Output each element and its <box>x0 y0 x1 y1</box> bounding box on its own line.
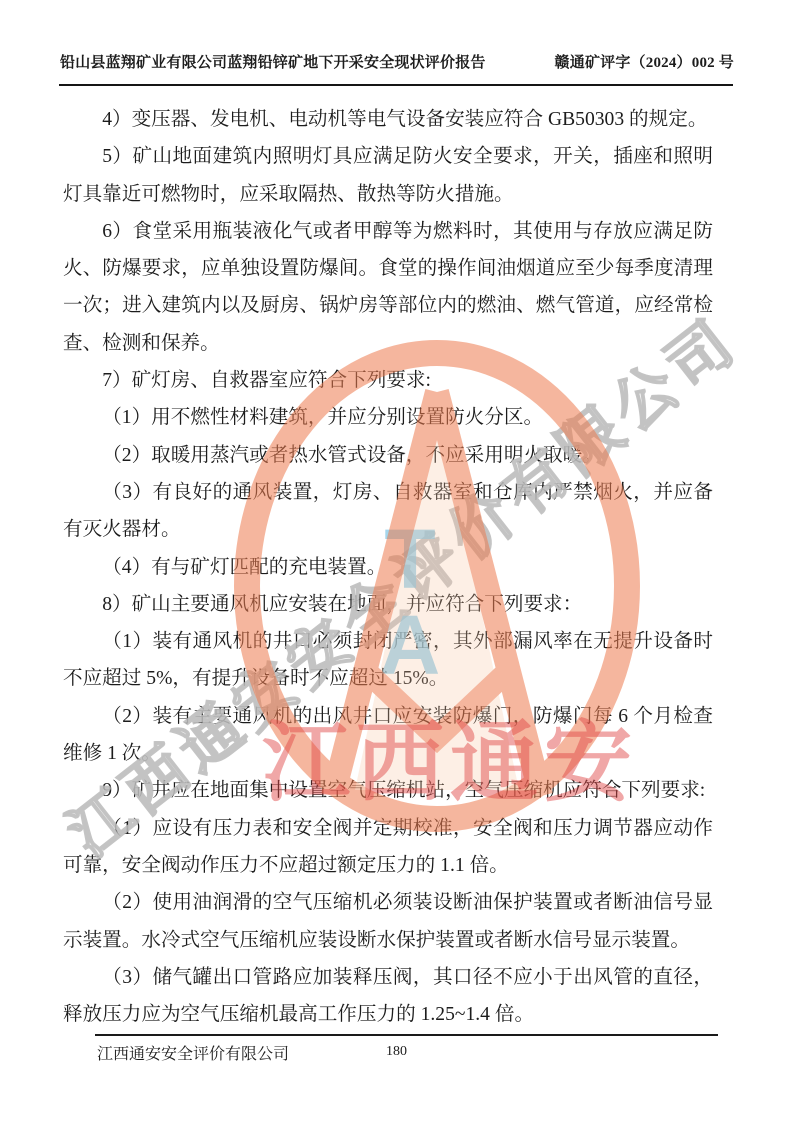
paragraph: （3）储气罐出口管路应加装释压阀，其口径不应小于出风管的直径，释放压力应为空气压… <box>63 959 713 1034</box>
paragraph: （2）装有主要通风机的出风井口应安装防爆门，防爆门每 6 个月检查维修 1 次。 <box>63 698 713 773</box>
paragraph: 5）矿山地面建筑内照明灯具应满足防火安全要求，开关，插座和照明灯具靠近可燃物时，… <box>63 138 713 213</box>
report-page: 铅山县蓝翔矿业有限公司蓝翔铅锌矿地下开采安全现状评价报告 赣通矿评字（2024）… <box>0 0 793 1122</box>
footer-rule <box>95 1034 718 1036</box>
paragraph: 8）矿山主要通风机应安装在地面，并应符合下列要求： <box>63 586 713 623</box>
paragraph: （1）用不燃性材料建筑，并应分别设置防火分区。 <box>63 399 713 436</box>
page-number: 180 <box>0 1044 793 1060</box>
paragraph: （1）装有通风机的井口必须封闭严密，其外部漏风率在无提升设备时不应超过 5%，有… <box>63 623 713 698</box>
paragraph: 9）矿井应在地面集中设置空气压缩机站，空气压缩机应符合下列要求: <box>63 772 713 809</box>
paragraph: 4）变压器、发电机、电动机等电气设备安装应符合 GB50303 的规定。 <box>63 101 713 138</box>
header-doc-number: 赣通矿评字（2024）002 号 <box>555 51 734 72</box>
paragraph: （4）有与矿灯匹配的充电装置。 <box>63 549 713 586</box>
header-rule <box>59 84 733 86</box>
page-header: 铅山县蓝翔矿业有限公司蓝翔铅锌矿地下开采安全现状评价报告 赣通矿评字（2024）… <box>60 51 734 72</box>
paragraph: （2）使用油润滑的空气压缩机必须装设断油保护装置或者断油信号显示装置。水冷式空气… <box>63 884 713 959</box>
paragraph: 7）矿灯房、自救器室应符合下列要求: <box>63 362 713 399</box>
paragraph: （2）取暖用蒸汽或者热水管式设备，不应采用明火取暖。 <box>63 437 713 474</box>
header-report-title: 铅山县蓝翔矿业有限公司蓝翔铅锌矿地下开采安全现状评价报告 <box>60 51 486 72</box>
paragraph: （3）有良好的通风装置，灯房、自救器室和仓库内严禁烟火，并应备有灭火器材。 <box>63 474 713 549</box>
body-paragraphs: 4）变压器、发电机、电动机等电气设备安装应符合 GB50303 的规定。5）矿山… <box>63 101 713 1033</box>
paragraph: （1）应设有压力表和安全阀并定期校准，安全阀和压力调节器应动作可靠，安全阀动作压… <box>63 810 713 885</box>
paragraph: 6）食堂采用瓶装液化气或者甲醇等为燃料时，其使用与存放应满足防火、防爆要求，应单… <box>63 213 713 362</box>
